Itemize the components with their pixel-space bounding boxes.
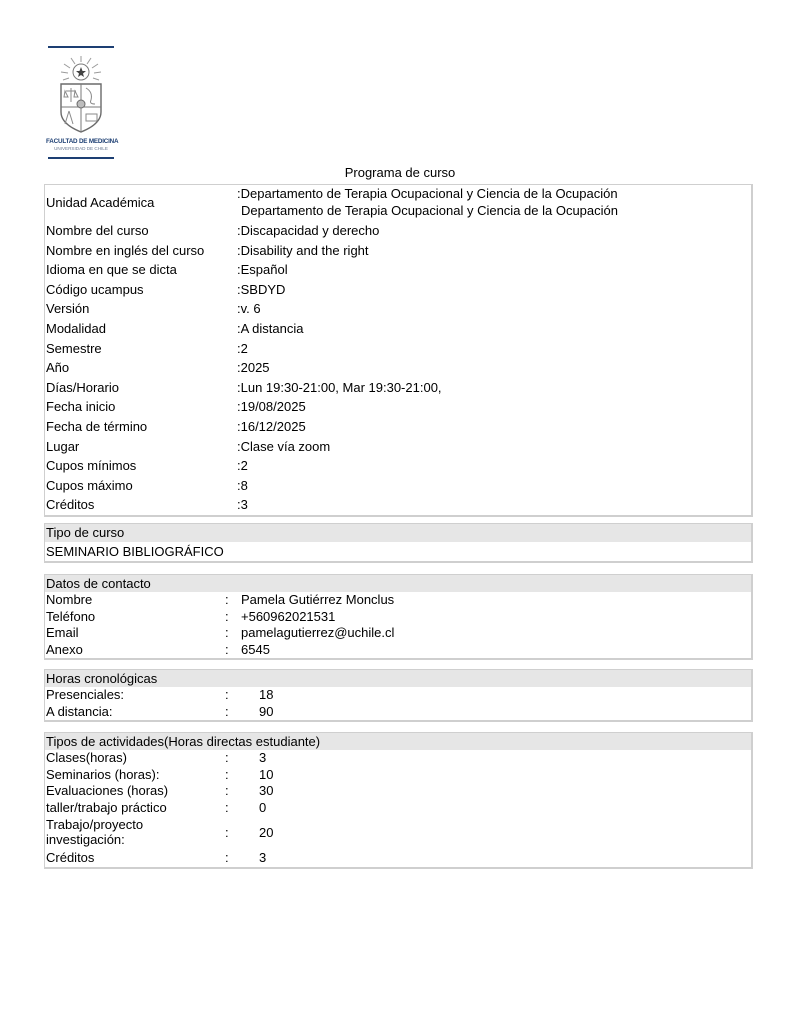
info-value: :Discapacidad y derecho (237, 221, 379, 241)
contact-row-email: Email : pamelagutierrez@uchile.cl (45, 625, 751, 642)
separator: : (225, 625, 229, 642)
info-value: :v. 6 (237, 299, 261, 319)
contact-row-phone: Teléfono : +560962021531 (45, 609, 751, 626)
info-row-version: Versión :v. 6 (45, 299, 751, 319)
contact-label: Teléfono (46, 609, 95, 626)
contact-label: Anexo (46, 642, 83, 659)
logo-university-text: UNIVERSIDAD DE CHILE (46, 146, 116, 151)
activity-value: 10 (259, 767, 273, 784)
activity-label: Créditos (46, 850, 94, 867)
activities-section: Tipos de actividades(Horas directas estu… (44, 732, 753, 869)
logo-top-rule (48, 46, 114, 48)
info-label: Unidad Académica (46, 193, 154, 213)
separator: : (225, 816, 229, 850)
info-row-credits: Créditos :3 (45, 495, 751, 515)
info-row-year: Año :2025 (45, 358, 751, 378)
activity-row-workshop: taller/trabajo práctico : 0 (45, 800, 751, 817)
activity-label: Trabajo/proyectoinvestigación: (46, 817, 143, 847)
info-row-min-seats: Cupos mínimos :2 (45, 456, 751, 476)
activity-row-evaluations: Evaluaciones (horas) : 30 (45, 783, 751, 800)
separator: : (225, 850, 229, 867)
contact-value: 6545 (241, 642, 270, 659)
activity-row-seminars: Seminarios (horas): : 10 (45, 767, 751, 784)
separator: : (225, 750, 229, 767)
activity-label: Evaluaciones (horas) (46, 783, 168, 800)
info-value: :Disability and the right (237, 241, 369, 261)
contact-value: +560962021531 (241, 609, 335, 626)
faculty-logo: FACULTAD DE MEDICINA UNIVERSIDAD DE CHIL… (46, 46, 116, 161)
info-value: :16/12/2025 (237, 417, 306, 437)
info-value: :3 (237, 495, 248, 515)
info-label: Fecha de término (46, 417, 147, 437)
info-row-course-name: Nombre del curso :Discapacidad y derecho (45, 221, 751, 241)
info-row-code: Código ucampus :SBDYD (45, 280, 751, 300)
hours-section: Horas cronológicas Presenciales: : 18 A … (44, 669, 753, 722)
hours-value: 18 (259, 687, 273, 704)
activity-row-credits: Créditos : 3 (45, 850, 751, 867)
separator: : (225, 783, 229, 800)
activity-value: 0 (259, 800, 266, 817)
info-row-start-date: Fecha inicio :19/08/2025 (45, 397, 751, 417)
info-label: Versión (46, 299, 89, 319)
contact-label: Nombre (46, 592, 92, 609)
info-value: :Lun 19:30-21:00, Mar 19:30-21:00, (237, 378, 442, 398)
course-info-table: Unidad Académica :Departamento de Terapi… (44, 184, 753, 517)
separator: : (225, 609, 229, 626)
info-value: :Español (237, 260, 288, 280)
activity-label: Seminarios (horas): (46, 767, 159, 784)
separator: : (225, 800, 229, 817)
info-value: :2 (237, 339, 248, 359)
info-label: Semestre (46, 339, 102, 359)
info-label: Año (46, 358, 69, 378)
section-header: Horas cronológicas (45, 670, 751, 687)
info-row-modality: Modalidad :A distancia (45, 319, 751, 339)
separator: : (225, 642, 229, 659)
info-row-location: Lugar :Clase vía zoom (45, 437, 751, 457)
info-label: Días/Horario (46, 378, 119, 398)
hours-row-in-person: Presenciales: : 18 (45, 687, 751, 704)
info-label: Créditos (46, 495, 94, 515)
info-value: :SBDYD (237, 280, 285, 300)
separator: : (225, 687, 229, 704)
contact-value: Pamela Gutiérrez Monclus (241, 592, 394, 609)
section-header: Tipos de actividades(Horas directas estu… (45, 733, 751, 750)
activity-value: 20 (259, 816, 273, 850)
info-label: Código ucampus (46, 280, 144, 300)
contact-label: Email (46, 625, 79, 642)
info-value: :A distancia (237, 319, 304, 339)
info-label: Nombre del curso (46, 221, 149, 241)
contact-section: Datos de contacto Nombre : Pamela Gutiér… (44, 574, 753, 660)
info-row-english-name: Nombre en inglés del curso :Disability a… (45, 241, 751, 261)
document-title: Programa de curso (0, 165, 800, 180)
info-value: :Clase vía zoom (237, 437, 330, 457)
hours-row-remote: A distancia: : 90 (45, 704, 751, 721)
activity-row-research: Trabajo/proyectoinvestigación: : 20 (45, 816, 751, 850)
info-row-semester: Semestre :2 (45, 339, 751, 359)
info-row-academic-unit: Unidad Académica :Departamento de Terapi… (45, 185, 751, 221)
info-row-max-seats: Cupos máximo :8 (45, 476, 751, 496)
activity-value: 3 (259, 750, 266, 767)
activity-label: taller/trabajo práctico (46, 800, 167, 817)
section-header: Tipo de curso (45, 524, 751, 542)
info-label: Cupos máximo (46, 476, 133, 496)
hours-value: 90 (259, 704, 273, 721)
info-value: :8 (237, 476, 248, 496)
course-type-section: Tipo de curso SEMINARIO BIBLIOGRÁFICO (44, 523, 753, 563)
separator: : (225, 704, 229, 721)
info-label: Nombre en inglés del curso (46, 241, 204, 261)
contact-row-name: Nombre : Pamela Gutiérrez Monclus (45, 592, 751, 609)
info-value: :19/08/2025 (237, 397, 306, 417)
separator: : (225, 592, 229, 609)
info-label: Fecha inicio (46, 397, 115, 417)
info-label: Cupos mínimos (46, 456, 136, 476)
university-crest-icon (55, 52, 107, 136)
info-value: :Departamento de Terapia Ocupacional y C… (237, 185, 618, 219)
info-value: :2025 (237, 358, 270, 378)
info-label: Lugar (46, 437, 79, 457)
activity-value: 3 (259, 850, 266, 867)
info-row-language: Idioma en que se dicta :Español (45, 260, 751, 280)
separator: : (225, 767, 229, 784)
contact-row-extension: Anexo : 6545 (45, 642, 751, 659)
info-row-schedule: Días/Horario :Lun 19:30-21:00, Mar 19:30… (45, 378, 751, 398)
hours-label: A distancia: (46, 704, 113, 721)
course-type-value: SEMINARIO BIBLIOGRÁFICO (45, 542, 751, 561)
hours-label: Presenciales: (46, 687, 124, 704)
info-label: Idioma en que se dicta (46, 260, 177, 280)
contact-email-link[interactable]: pamelagutierrez@uchile.cl (241, 625, 394, 642)
activity-value: 30 (259, 783, 273, 800)
info-row-end-date: Fecha de término :16/12/2025 (45, 417, 751, 437)
info-value: :2 (237, 456, 248, 476)
logo-faculty-text: FACULTAD DE MEDICINA (46, 138, 116, 145)
info-label: Modalidad (46, 319, 106, 339)
activity-row-classes: Clases(horas) : 3 (45, 750, 751, 767)
section-header: Datos de contacto (45, 575, 751, 592)
logo-bottom-rule (48, 157, 114, 159)
activity-label: Clases(horas) (46, 750, 127, 767)
